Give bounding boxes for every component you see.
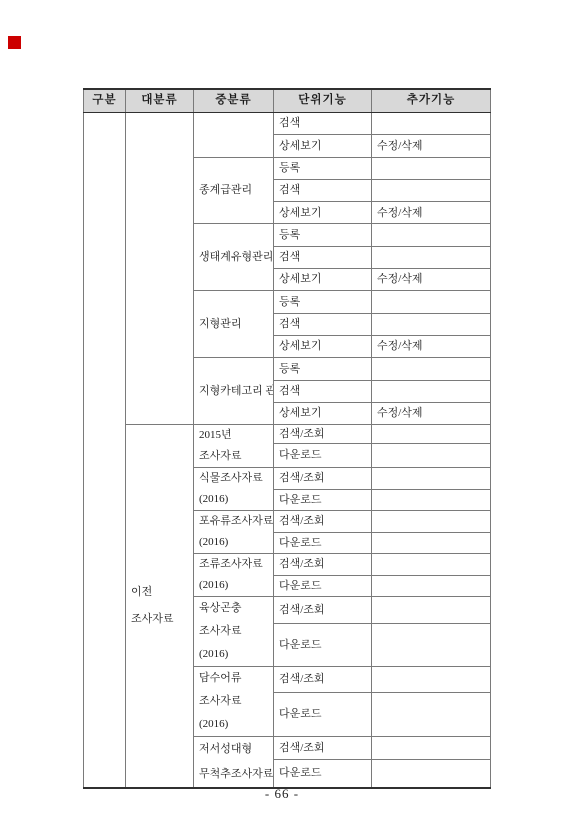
- additional-function-cell: [372, 468, 491, 490]
- additional-function-cell: [372, 157, 491, 179]
- column-header-unit-function: 단위기능: [274, 89, 372, 113]
- unit-function-cell: 다운로드: [274, 692, 372, 737]
- additional-function-cell: [372, 533, 491, 554]
- daebunryu-cell-empty: [126, 113, 194, 425]
- additional-function-cell: [372, 554, 491, 576]
- additional-function-cell: [372, 760, 491, 788]
- unit-function-cell: 검색: [274, 380, 372, 402]
- additional-function-cell: [372, 179, 491, 201]
- category-line: (2016): [199, 532, 273, 553]
- category-line: (2016): [199, 713, 273, 736]
- mid-category-cell: 저서성대형 무척추조사자료: [194, 737, 274, 789]
- mid-category-cell: 지형관리: [194, 291, 274, 358]
- column-header-gubun: 구분: [84, 89, 126, 113]
- table-row: 이전 조사자료 2015년 조사자료 검색/조회: [84, 425, 491, 444]
- unit-function-cell: 검색/조회: [274, 468, 372, 490]
- mid-category-cell: 조류조사자료 (2016): [194, 554, 274, 597]
- additional-function-cell: [372, 313, 491, 335]
- additional-function-cell: [372, 667, 491, 692]
- column-header-additional-function: 추가기능: [372, 89, 491, 113]
- category-line: 무척추조사자료: [199, 762, 273, 787]
- table-header-row: 구분 대분류 중분류 단위기능 추가기능: [84, 89, 491, 113]
- page-number: - 66 -: [0, 786, 564, 802]
- additional-function-cell: [372, 576, 491, 597]
- category-line: 담수어류: [199, 667, 273, 690]
- category-line: 이전: [131, 579, 193, 606]
- table-row: 검색: [84, 113, 491, 135]
- category-line: (2016): [199, 575, 273, 596]
- additional-function-cell: [372, 113, 491, 135]
- unit-function-cell: 검색/조회: [274, 667, 372, 692]
- additional-function-cell: 수정/삭제: [372, 402, 491, 424]
- function-spec-table-container: 구분 대분류 중분류 단위기능 추가기능 검색 상세보기 수정/삭제 종계급관리…: [83, 88, 491, 789]
- mid-category-cell-empty: [194, 113, 274, 158]
- unit-function-cell: 검색/조회: [274, 425, 372, 444]
- category-line: 식물조사자료: [199, 468, 273, 489]
- unit-function-cell: 등록: [274, 224, 372, 246]
- unit-function-cell: 검색: [274, 313, 372, 335]
- daebunryu-cell-previous-survey-data: 이전 조사자료: [126, 425, 194, 789]
- additional-function-cell: [372, 224, 491, 246]
- unit-function-cell: 검색/조회: [274, 597, 372, 624]
- additional-function-cell: 수정/삭제: [372, 335, 491, 357]
- mid-category-cell: 지형카테고리 관리: [194, 358, 274, 425]
- gubun-cell: [84, 113, 126, 789]
- additional-function-cell: [372, 511, 491, 533]
- additional-function-cell: [372, 623, 491, 667]
- additional-function-cell: [372, 737, 491, 760]
- additional-function-cell: 수정/삭제: [372, 135, 491, 157]
- mid-category-cell: 육상곤충 조사자료 (2016): [194, 597, 274, 667]
- unit-function-cell: 상세보기: [274, 269, 372, 291]
- unit-function-cell: 검색: [274, 113, 372, 135]
- additional-function-cell: [372, 380, 491, 402]
- unit-function-cell: 검색/조회: [274, 511, 372, 533]
- additional-function-cell: [372, 597, 491, 624]
- unit-function-cell: 등록: [274, 291, 372, 313]
- unit-function-cell: 상세보기: [274, 135, 372, 157]
- additional-function-cell: [372, 692, 491, 737]
- additional-function-cell: [372, 246, 491, 268]
- unit-function-cell: 상세보기: [274, 335, 372, 357]
- unit-function-cell: 검색: [274, 246, 372, 268]
- column-header-jungbunryu: 중분류: [194, 89, 274, 113]
- unit-function-cell: 검색/조회: [274, 737, 372, 760]
- unit-function-cell: 상세보기: [274, 202, 372, 224]
- unit-function-cell: 다운로드: [274, 444, 372, 468]
- category-line: 조사자료: [199, 690, 273, 713]
- category-line: 조사자료: [199, 446, 273, 467]
- category-line: 저서성대형: [199, 737, 273, 762]
- additional-function-cell: [372, 425, 491, 444]
- mid-category-cell: 생태계유형관리: [194, 224, 274, 291]
- mid-category-cell: 종계급관리: [194, 157, 274, 224]
- unit-function-cell: 다운로드: [274, 490, 372, 511]
- red-square-marker: [8, 36, 21, 49]
- unit-function-cell: 검색/조회: [274, 554, 372, 576]
- mid-category-cell: 포유류조사자료 (2016): [194, 511, 274, 554]
- unit-function-cell: 다운로드: [274, 576, 372, 597]
- category-line: 조류조사자료: [199, 554, 273, 575]
- unit-function-cell: 다운로드: [274, 760, 372, 788]
- mid-category-cell: 담수어류 조사자료 (2016): [194, 667, 274, 737]
- mid-category-cell: 식물조사자료 (2016): [194, 468, 274, 511]
- additional-function-cell: [372, 490, 491, 511]
- unit-function-cell: 검색: [274, 179, 372, 201]
- additional-function-cell: [372, 358, 491, 380]
- unit-function-cell: 다운로드: [274, 533, 372, 554]
- additional-function-cell: 수정/삭제: [372, 202, 491, 224]
- additional-function-cell: [372, 291, 491, 313]
- additional-function-cell: [372, 444, 491, 468]
- unit-function-cell: 등록: [274, 358, 372, 380]
- category-line: (2016): [199, 643, 273, 666]
- category-line: 육상곤충: [199, 597, 273, 620]
- unit-function-cell: 등록: [274, 157, 372, 179]
- additional-function-cell: 수정/삭제: [372, 269, 491, 291]
- category-line: 2015년: [199, 425, 273, 446]
- category-line: 포유류조사자료: [199, 511, 273, 532]
- unit-function-cell: 상세보기: [274, 402, 372, 424]
- column-header-daebunryu: 대분류: [126, 89, 194, 113]
- unit-function-cell: 다운로드: [274, 623, 372, 667]
- category-line: 조사자료: [131, 606, 193, 633]
- category-line: (2016): [199, 489, 273, 510]
- function-spec-table: 구분 대분류 중분류 단위기능 추가기능 검색 상세보기 수정/삭제 종계급관리…: [83, 88, 491, 789]
- category-line: 조사자료: [199, 620, 273, 643]
- document-page: { "page": { "footer_text": "- 66 -", "ma…: [0, 0, 564, 840]
- mid-category-cell: 2015년 조사자료: [194, 425, 274, 468]
